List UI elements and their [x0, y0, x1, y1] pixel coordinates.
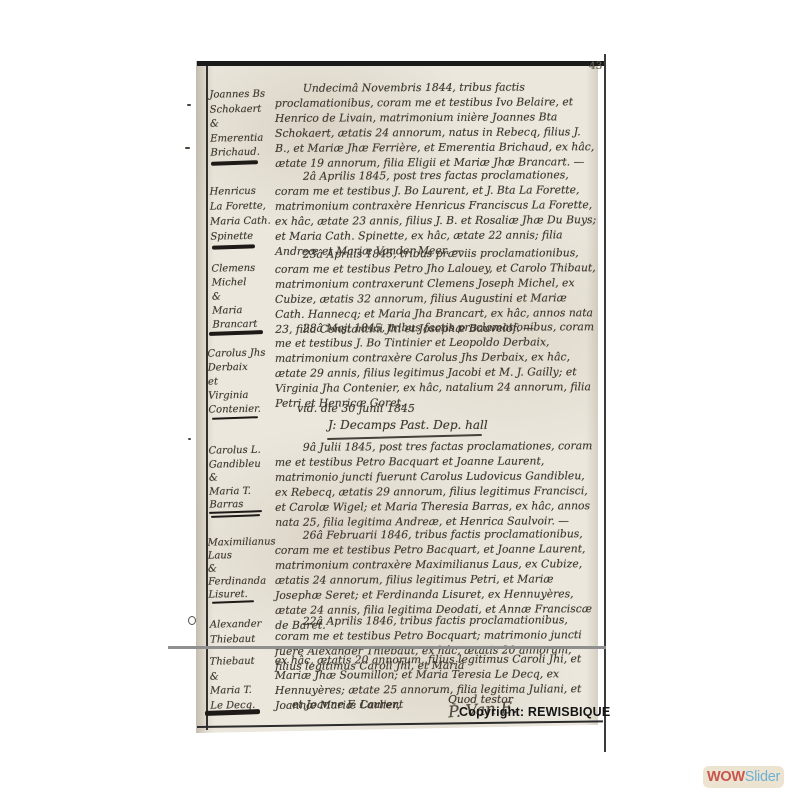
ink-circle-mark [188, 616, 196, 625]
scan-top-edge [197, 61, 605, 66]
margin-names-entry-1: Joannes Bs Schokaert & Emerentia Brichau… [209, 87, 280, 161]
entry-body-1: Undecimâ Novembris 1844, tribus factis p… [275, 79, 597, 171]
ink-speck [185, 147, 190, 149]
margin-names-entry-2: Henricus La Forette, Maria Cath. Spinett… [209, 183, 280, 244]
scan-seam-line [168, 646, 606, 649]
copyright-text: Copyright: REWISBIQUE [459, 705, 610, 719]
margin-names-entry-3: Clemens Michel & Maria Brancart [211, 261, 282, 332]
margin-names-entry-8: Thiebaut & Maria T. Le Decq. [209, 654, 280, 713]
margin-names-entry-4: Carolus Jhs Derbaix et Virginia Contenie… [207, 346, 278, 417]
ink-speck [188, 438, 191, 440]
margin-names-entry-5: Carolus L. Gandibleu & Maria T. Barras [208, 443, 279, 512]
wowslider-watermark: WOWSlider [703, 766, 784, 788]
page-number: 43 [589, 60, 602, 72]
entry-body-4: 28â Maji 1845, tribus factis proclamatio… [275, 319, 597, 411]
ink-speck [187, 104, 191, 106]
entry-body-5: 9â Julii 1845, post tres factas proclama… [275, 438, 597, 530]
wowslider-slider-text: Slider [745, 769, 780, 785]
vidimus-note: vid. die 30 junii 1845 [297, 402, 415, 415]
margin-names-entry-7: Alexander Thiebaut [210, 616, 281, 647]
closing-note: et Joanne F. Laurent [292, 698, 403, 711]
vidimus-signature: J: Decamps Past. Dep. hall [328, 418, 488, 432]
wowslider-wow-text: WOW [707, 769, 745, 785]
margin-names-entry-6: Maximilianus Laus & Ferdinanda Lisuret. [207, 535, 278, 601]
